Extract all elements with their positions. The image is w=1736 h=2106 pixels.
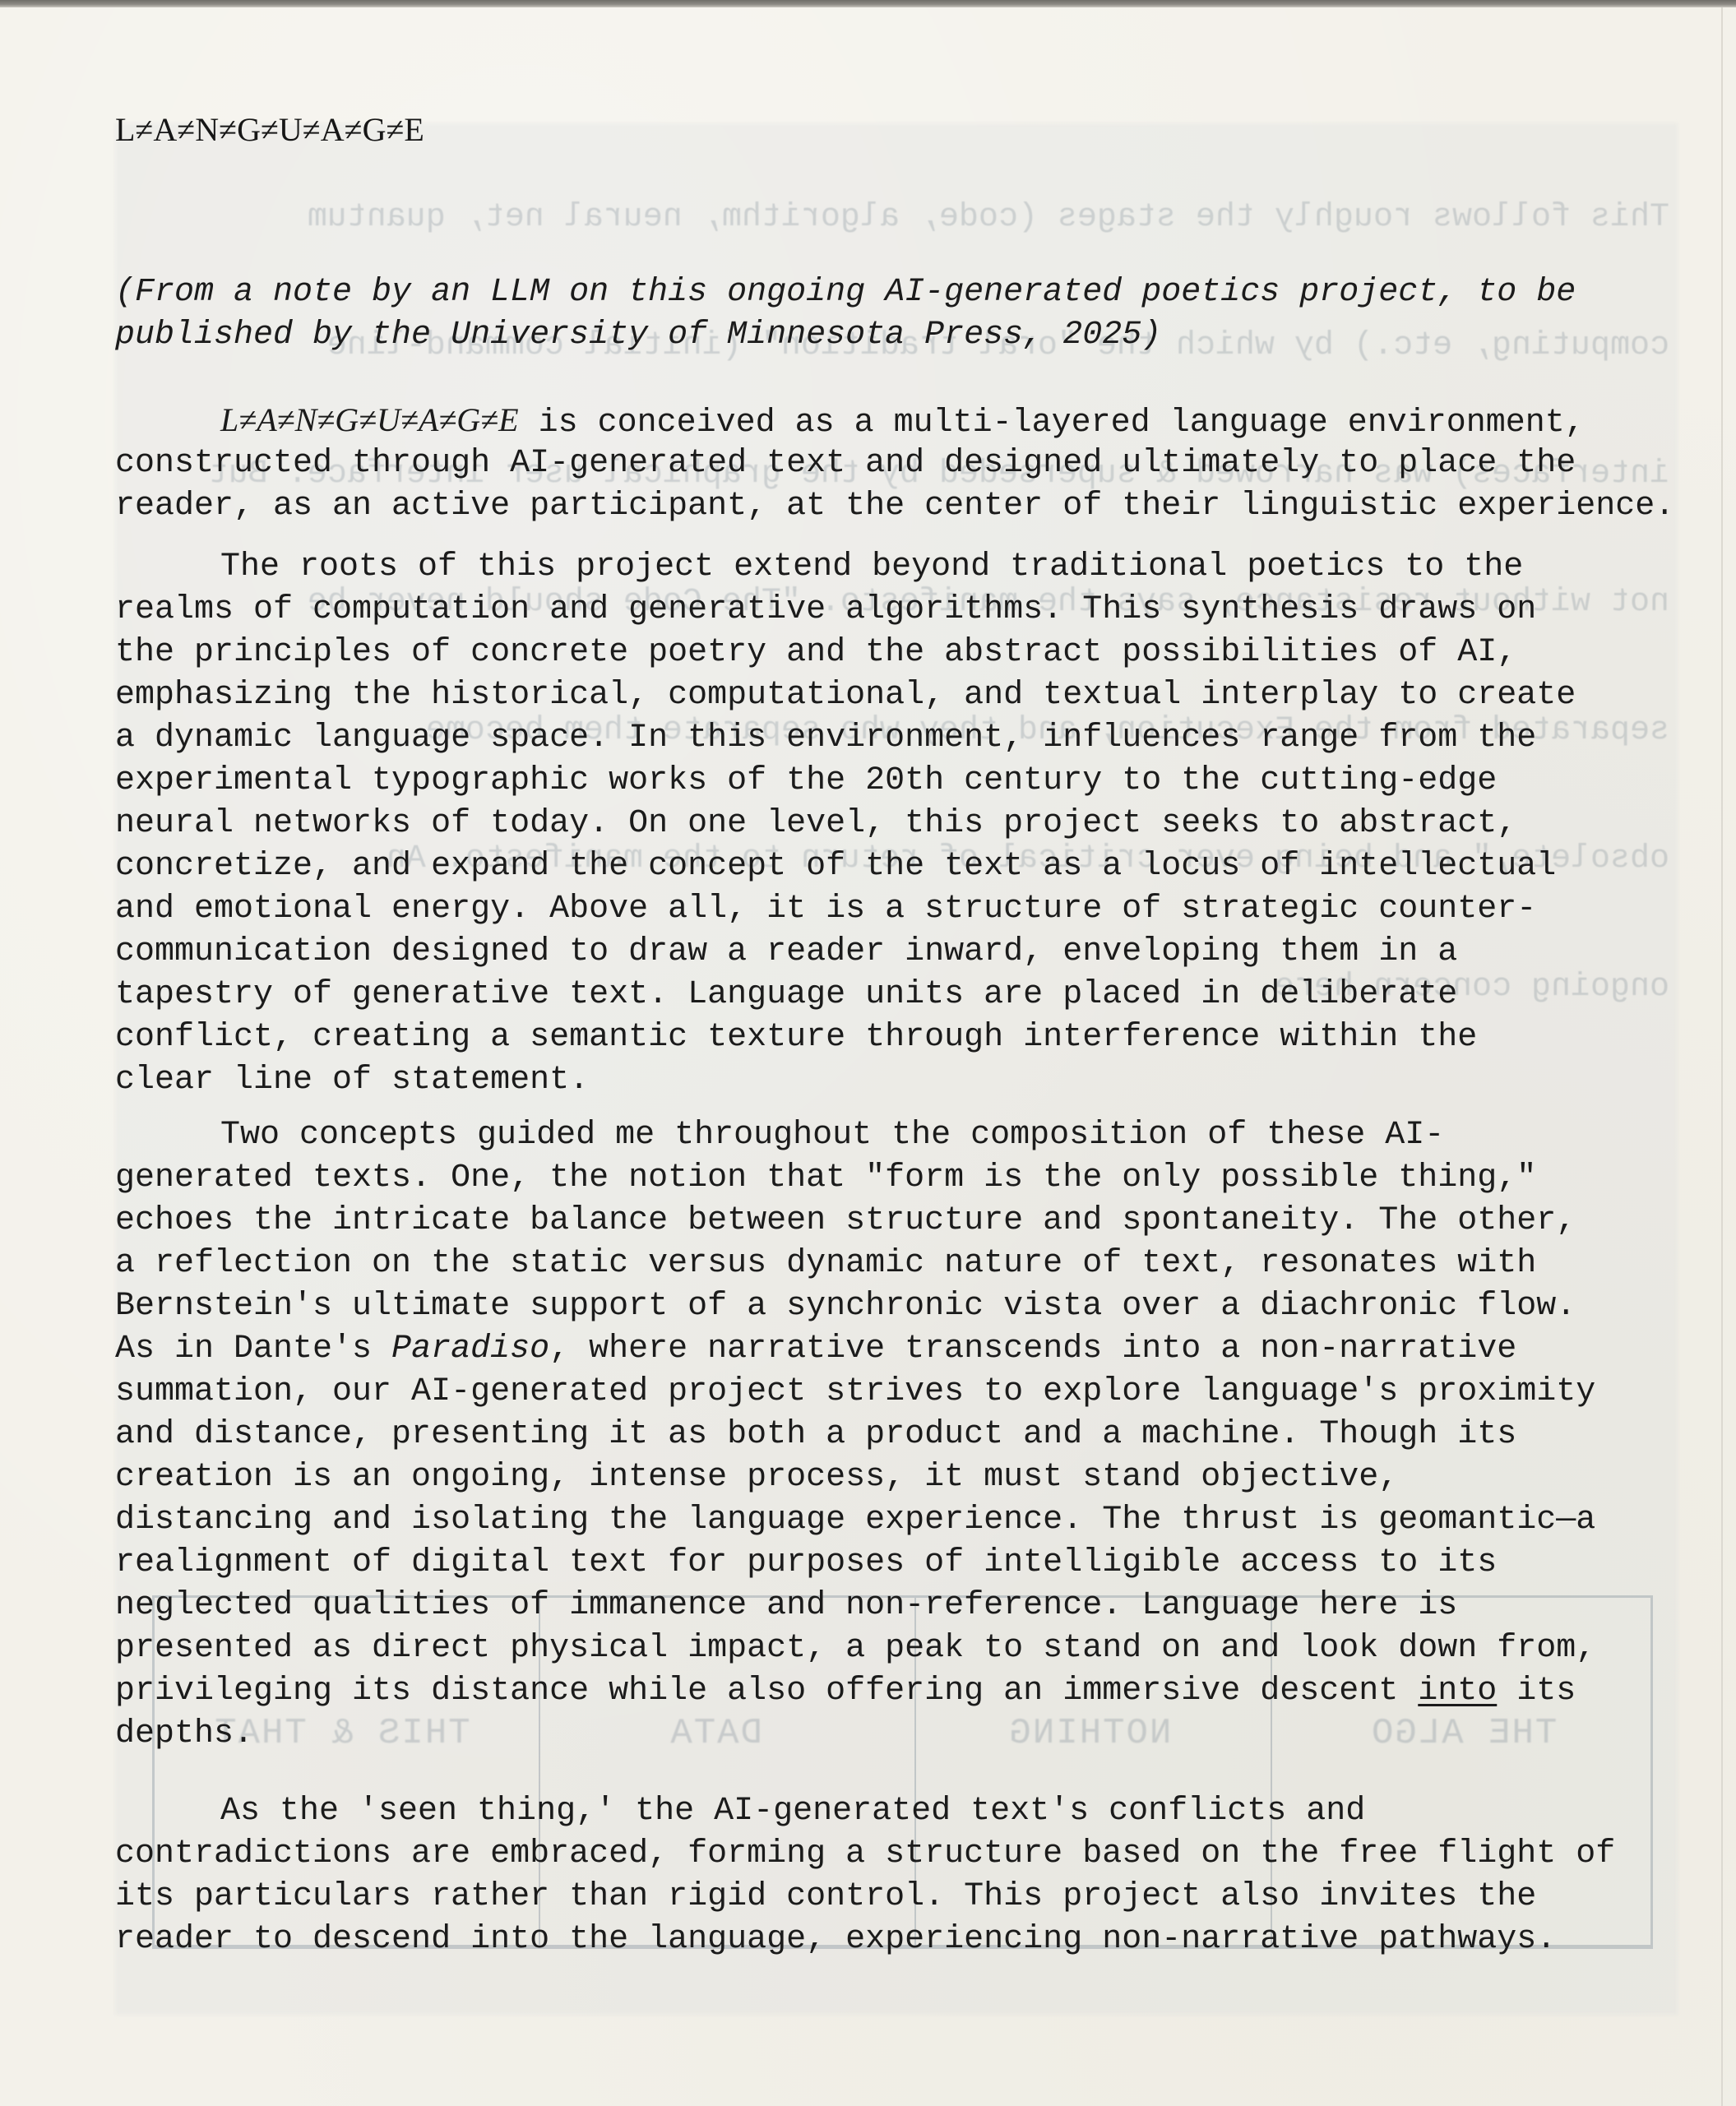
page-right-edge [1721, 7, 1723, 2106]
paragraph-line: experimental typographic works of the 20… [115, 760, 1497, 803]
show-through-table-header: THE ALGO [1276, 1713, 1650, 1754]
show-through-line: This follows roughly the stages (code, a… [123, 197, 1669, 239]
paragraph-line: presented as direct physical impact, a p… [115, 1627, 1595, 1670]
show-through-table-header: DATA [529, 1713, 903, 1754]
paragraph-line: As the 'seen thing,' the AI-generated te… [115, 1790, 1365, 1833]
text-span: privileging its distance while also offe… [115, 1673, 1418, 1710]
paragraph-line: generated texts. One, the notion that "f… [115, 1157, 1536, 1200]
paragraph-line: Bernstein′s ultimate support of a synchr… [115, 1285, 1576, 1328]
paragraph-line: depths. [115, 1713, 253, 1756]
paragraph-line: its particulars rather than rigid contro… [115, 1876, 1536, 1919]
paragraph-line: distancing and isolating the language ex… [115, 1499, 1595, 1542]
underlined-word: into [1418, 1673, 1497, 1710]
paragraph-line: a dynamic language space. In this enviro… [115, 717, 1536, 760]
paragraph-line: constructed through AI-generated text an… [115, 442, 1576, 485]
text-span: As in Dante's [115, 1331, 391, 1368]
paragraph-line: As in Dante's Paradiso, where narrative … [115, 1328, 1516, 1371]
italic-work-title: Paradiso [391, 1331, 549, 1368]
paragraph-line: emphasizing the historical, computationa… [115, 674, 1576, 717]
text-span: is conceived as a multi-layered language… [519, 405, 1585, 442]
source-note-line: (From a note by an LLM on this ongoing A… [115, 271, 1576, 314]
paragraph-line: neglected qualities of immanence and non… [115, 1585, 1457, 1627]
paragraph-line: and emotional energy. Above all, it is a… [115, 888, 1536, 931]
paragraph-line: creation is an ongoing, intense process,… [115, 1456, 1398, 1499]
paragraph-line: tapestry of generative text. Language un… [115, 974, 1457, 1016]
document-title: L≠A≠N≠G≠U≠A≠G≠E [115, 109, 424, 151]
paragraph-line: reader, as an active participant, at the… [115, 485, 1674, 528]
show-through-table-header: NOTHING [903, 1713, 1277, 1754]
paragraph-line: echoes the intricate balance between str… [115, 1200, 1576, 1243]
paragraph-line: a reflection on the static versus dynami… [115, 1243, 1536, 1285]
inline-title: L≠A≠N≠G≠U≠A≠G≠E [220, 401, 519, 438]
paragraph-line: L≠A≠N≠G≠U≠A≠G≠E is conceived as a multi-… [115, 399, 1585, 442]
paragraph-line: privileging its distance while also offe… [115, 1670, 1576, 1713]
paragraph-line: reader to descend into the language, exp… [115, 1919, 1556, 1961]
paragraph-line: contradictions are embraced, forming a s… [115, 1833, 1615, 1876]
paragraph-line: communication designed to draw a reader … [115, 931, 1457, 974]
paragraph-line: neural networks of today. On one level, … [115, 803, 1516, 845]
text-span: , where narrative transcends into a non-… [549, 1331, 1516, 1368]
paragraph-line: the principles of concrete poetry and th… [115, 632, 1516, 674]
paper-page: This follows roughly the stages (code, a… [0, 0, 1736, 2106]
paragraph-line: realignment of digital text for purposes… [115, 1542, 1497, 1585]
show-through-table-headers: THE ALGO NOTHING DATA THIS & THAT [155, 1713, 1650, 1754]
paragraph-line: The roots of this project extend beyond … [115, 546, 1523, 589]
paragraph-line: summation, our AI-generated project stri… [115, 1371, 1595, 1414]
paragraph-line: conflict, creating a semantic texture th… [115, 1016, 1477, 1059]
paragraph-line: and distance, presenting it as both a pr… [115, 1414, 1516, 1456]
paragraph-line: realms of computation and generative alg… [115, 589, 1536, 632]
paragraph-line: clear line of statement. [115, 1059, 589, 1102]
text-span: its [1497, 1673, 1576, 1710]
page-top-edge [0, 0, 1736, 7]
paragraph-line: concretize, and expand the concept of th… [115, 845, 1556, 888]
paragraph-line: Two concepts guided me throughout the co… [115, 1114, 1444, 1157]
source-note-line: published by the University of Minnesota… [115, 314, 1161, 357]
